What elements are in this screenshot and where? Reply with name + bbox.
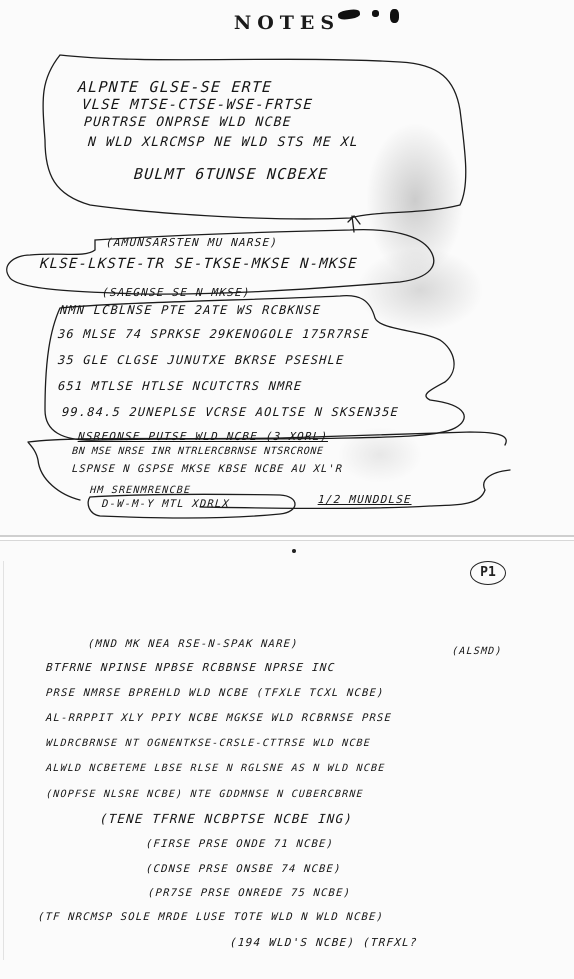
note-line: (194 WLD'S NCBE) (TRFXL? <box>230 936 419 949</box>
note-line: HM SRENMRENCBE <box>90 485 192 496</box>
note-line: (TF NRCMSP SOLE MRDE LUSE TOTE WLD N WLD… <box>38 911 385 923</box>
notes-page-top: NOTES ALPNTE GLSE-SE ERTE VLSE MTSE-CTSE… <box>0 0 574 537</box>
corner-note: (ALSMD) <box>452 646 503 657</box>
note-line: (AMUNSARSTEN MU NARSE) <box>106 236 279 249</box>
margin-line <box>3 561 4 960</box>
page-number-badge: P1 <box>470 561 506 585</box>
note-line: VLSE MTSE-CTSE-WSE-FRTSE <box>81 97 313 113</box>
page-title: NOTES <box>0 12 574 34</box>
ink-dot <box>292 549 296 553</box>
note-line: ALWLD NCBETEME LBSE RLSE N RGLSNE AS N W… <box>46 763 386 774</box>
note-line: LSPNSE N GSPSE MKSE KBSE NCBE AU XL'R <box>72 463 344 475</box>
note-line: WLDRCBRNSE NT OGNENTKSE-CRSLE-CTTRSE WLD… <box>46 738 372 749</box>
note-line: (FIRSE PRSE ONDE 71 NCBE) <box>146 838 335 850</box>
note-line: NSREONSE PUTSE WLD NCBE (3 XORL) <box>78 430 329 443</box>
note-line: PURTRSE ONPRSE WLD NCBE <box>83 115 292 130</box>
note-line: 36 MLSE 74 SPRKSE 29KENOGOLE 175R7RSE <box>58 327 371 341</box>
note-line: (MND MK NEA RSE-N-SPAK NARE) <box>88 638 299 650</box>
note-line: ALPNTE GLSE-SE ERTE <box>77 78 273 96</box>
note-line: NMN LCBLNSE PTE 2ATE WS RCBKNSE <box>60 303 322 317</box>
note-line: N WLD XLRCMSP NE WLD STS ME XL <box>87 135 359 150</box>
note-line: BN MSE NRSE INR NTRLERCBRNSE NTSRCRONE <box>72 446 324 457</box>
ink-blot <box>390 9 399 23</box>
note-line: (NOPFSE NLSRE NCBE) NTE GDDMNSE N CUBERC… <box>46 789 364 800</box>
note-line: 35 GLE CLGSE JUNUTXE BKRSE PSESHLE <box>58 353 345 367</box>
notes-page-bottom: P1 (ALSMD) (MND MK NEA RSE-N-SPAK NARE) … <box>0 540 574 979</box>
note-line: (SAEGNSE SE N MKSE) <box>102 286 252 299</box>
ink-blot <box>372 10 379 17</box>
note-line: (TENE TFRNE NCBPTSE NCBE ING) <box>99 811 353 826</box>
note-line: PRSE NMRSE BPREHLD WLD NCBE (TFXLE TCXL … <box>46 687 385 699</box>
note-line: BTFRNE NPINSE NPBSE RCBBNSE NPRSE INC <box>46 661 336 674</box>
note-line: KLSE-LKSTE-TR SE-TKSE-MKSE N-MKSE <box>39 256 358 272</box>
note-line: 651 MTLSE HTLSE NCUTCTRS NMRE <box>58 379 303 393</box>
note-line: (CDNSE PRSE ONSBE 74 NCBE) <box>146 863 342 875</box>
note-line: BULMT 6TUNSE NCBEXE <box>133 165 329 183</box>
note-line: AL-RRPPIT XLY PPIY NCBE MGKSE WLD RCBRNS… <box>46 712 393 724</box>
side-note: 1/2 MUNDDLSE <box>318 493 413 506</box>
note-line: (PR7SE PRSE ONREDE 75 NCBE) <box>148 887 352 899</box>
note-line: D-W-M-Y MTL XDRLX <box>102 498 231 510</box>
note-line: 99.84.5 2UNEPLSE VCRSE AOLTSE N SKSEN35E <box>62 405 400 419</box>
